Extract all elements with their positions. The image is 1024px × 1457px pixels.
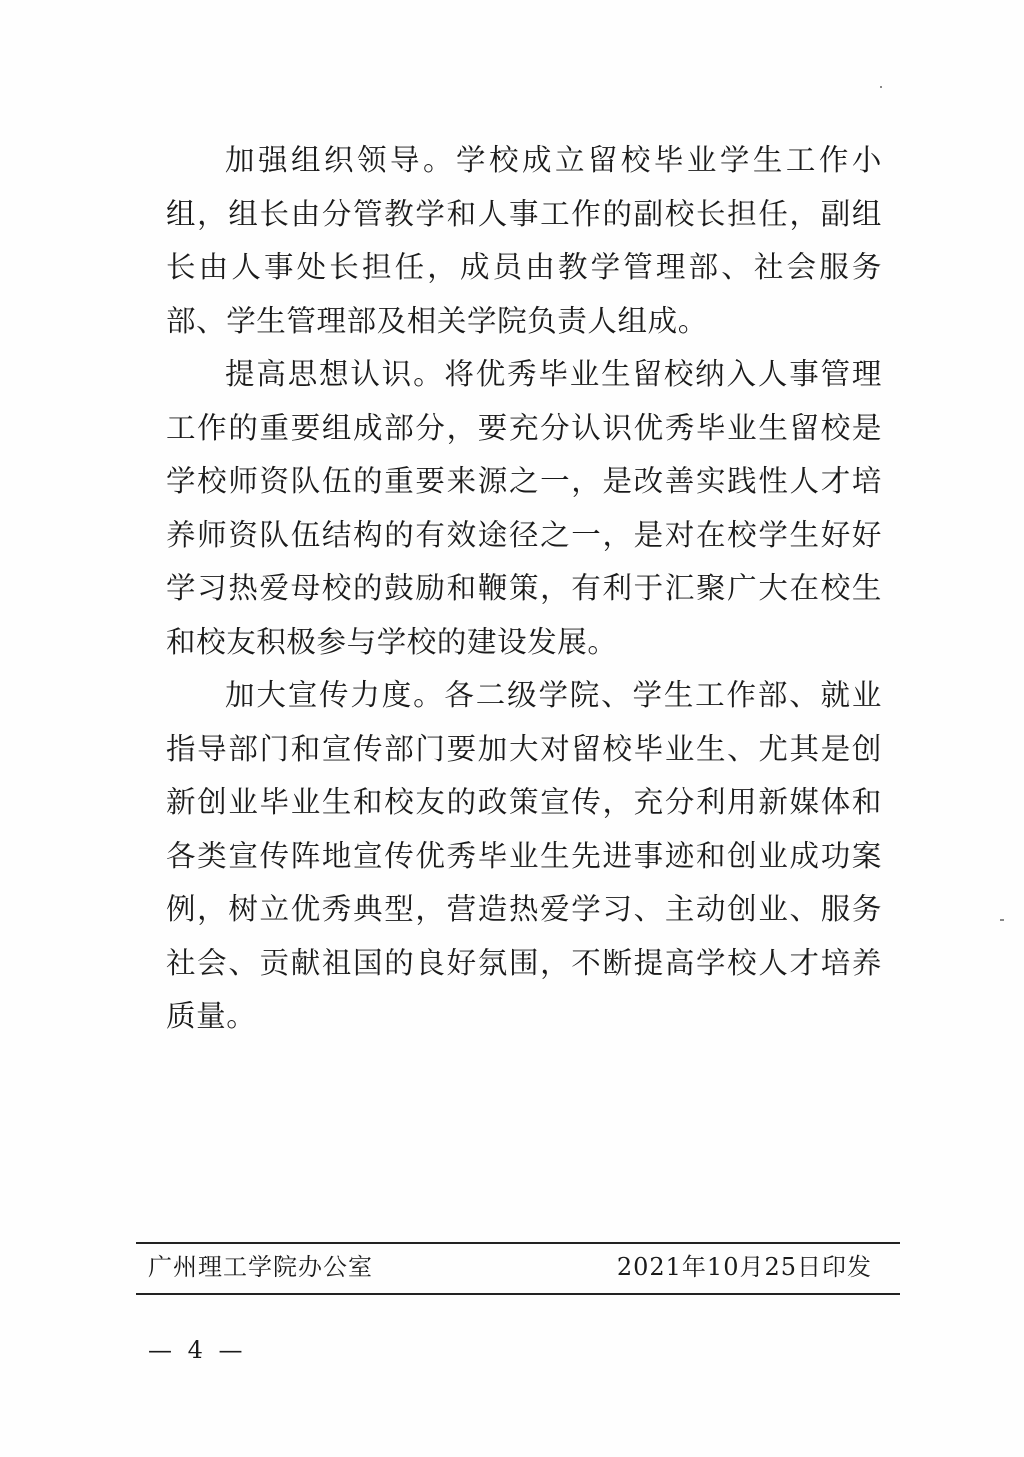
paragraph-publicity: 加大宣传力度。各二级学院、学生工作部、就业指导部门和宣传部门要加大对留校毕业生、… [166, 669, 882, 1044]
paragraph-organization-leadership: 加强组织领导。学校成立留校毕业学生工作小组，组长由分管教学和人事工作的副校长担任… [166, 134, 882, 348]
page-number: — 4 — [148, 1332, 247, 1368]
paragraph-raise-awareness: 提高思想认识。将优秀毕业生留校纳入人事管理工作的重要组成部分，要充分认识优秀毕业… [166, 348, 882, 669]
document-page: 加强组织领导。学校成立留校毕业学生工作小组，组长由分管教学和人事工作的副校长担任… [0, 0, 1024, 1457]
scan-speck [1000, 919, 1004, 921]
footer-bottom-rule [136, 1293, 900, 1295]
issue-date: 2021年10月25日印发 [617, 1249, 872, 1285]
footer-top-rule [136, 1242, 900, 1244]
document-body: 加强组织领导。学校成立留校毕业学生工作小组，组长由分管教学和人事工作的副校长担任… [166, 134, 882, 1044]
scan-speck [880, 86, 882, 88]
issuing-office: 广州理工学院办公室 [148, 1249, 373, 1285]
